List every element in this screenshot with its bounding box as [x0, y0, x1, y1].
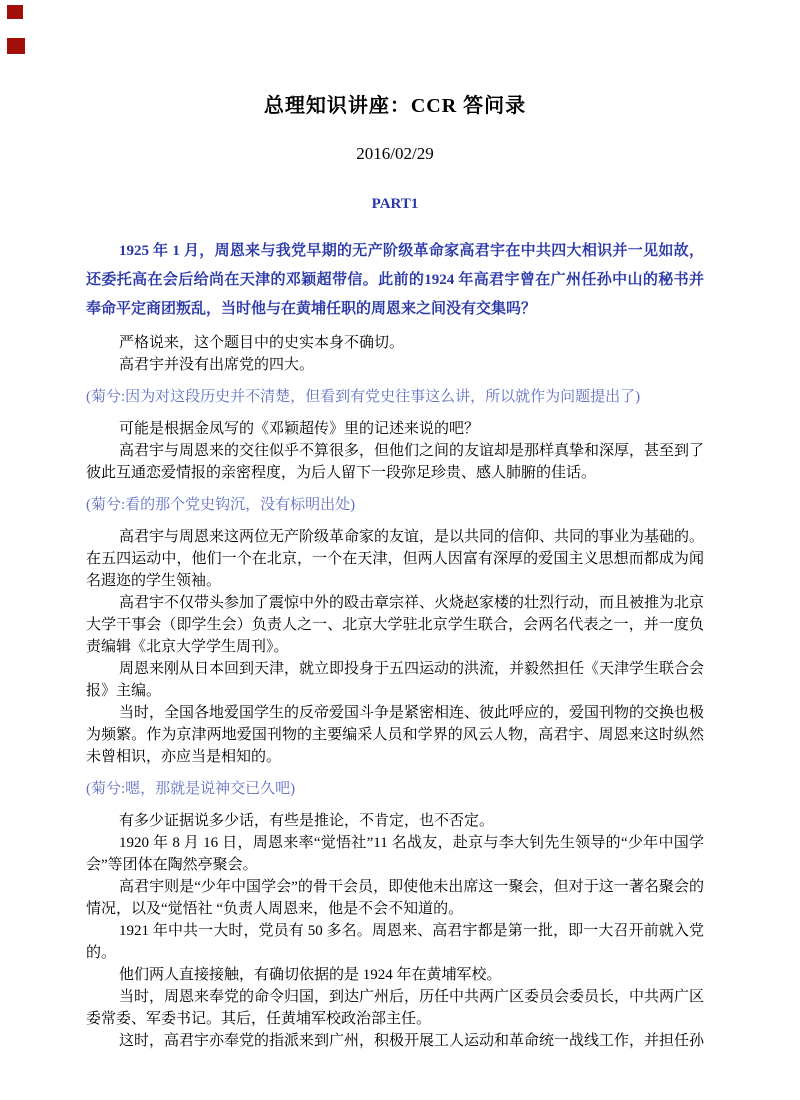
document-page: 总理知识讲座：CCR 答问录 2016/02/29 PART1 1925 年 1… [0, 0, 800, 1100]
body-paragraph: 高君宇不仅带头参加了震惊中外的殴击章宗祥、火烧赵家楼的壮烈行动，而且被推为北京大… [86, 592, 704, 658]
body-paragraph: 高君宇并没有出席党的四大。 [86, 354, 704, 376]
document-title: 总理知识讲座：CCR 答问录 [86, 95, 704, 117]
red-square-marker-2 [7, 38, 25, 54]
document-content: 总理知识讲座：CCR 答问录 2016/02/29 PART1 1925 年 1… [0, 0, 800, 1052]
annotation-note: (菊兮:看的那个党史钩沉，没有标明出处) [86, 494, 704, 516]
body-paragraph: 他们两人直接接触，有确切依据的是 1924 年在黄埔军校。 [86, 964, 704, 986]
document-body: 1925 年 1 月，周恩来与我党早期的无产阶级革命家高君宇在中共四大相识并一见… [86, 237, 704, 1052]
body-paragraph: 当时，全国各地爱国学生的反帝爱国斗争是紧密相连、彼此呼应的，爱国刊物的交换也极为… [86, 702, 704, 768]
body-paragraph: 1921 年中共一大时，党员有 50 多名。周恩来、高君宇都是第一批，即一大召开… [86, 920, 704, 964]
red-square-marker-1 [7, 5, 23, 19]
body-paragraph: 高君宇与周恩来的交往似乎不算很多，但他们之间的友谊却是那样真挚和深厚，甚至到了彼… [86, 440, 704, 484]
body-paragraph: 1920 年 8 月 16 日，周恩来率“觉悟社”11 名战友，赴京与李大钊先生… [86, 832, 704, 876]
body-paragraph: 当时，周恩来奉党的命令归国，到达广州后，历任中共两广区委员会委员长，中共两广区委… [86, 986, 704, 1030]
document-date: 2016/02/29 [86, 144, 704, 164]
question-paragraph: 1925 年 1 月，周恩来与我党早期的无产阶级革命家高君宇在中共四大相识并一见… [86, 237, 704, 324]
section-label: PART1 [86, 195, 704, 213]
annotation-note: (菊兮:因为对这段历史并不清楚，但看到有党史往事这么讲，所以就作为问题提出了) [86, 386, 704, 408]
body-paragraph: 有多少证据说多少话，有些是推论，不肯定，也不否定。 [86, 810, 704, 832]
body-paragraph: 高君宇则是“少年中国学会”的骨干会员，即使他未出席这一聚会，但对于这一著名聚会的… [86, 876, 704, 920]
body-paragraph: 这时，高君宇亦奉党的指派来到广州，积极开展工人运动和革命统一战线工作，并担任孙 [86, 1030, 704, 1052]
body-paragraph: 可能是根据金凤写的《邓颖超传》里的记述来说的吧？ [86, 418, 704, 440]
body-paragraph: 周恩来刚从日本回到天津，就立即投身于五四运动的洪流，并毅然担任《天津学生联合会报… [86, 658, 704, 702]
body-paragraph: 高君宇与周恩来这两位无产阶级革命家的友谊，是以共同的信仰、共同的事业为基础的。在… [86, 526, 704, 592]
body-paragraph: 严格说来，这个题目中的史实本身不确切。 [86, 332, 704, 354]
annotation-note: (菊兮:嗯，那就是说神交已久吧) [86, 778, 704, 800]
